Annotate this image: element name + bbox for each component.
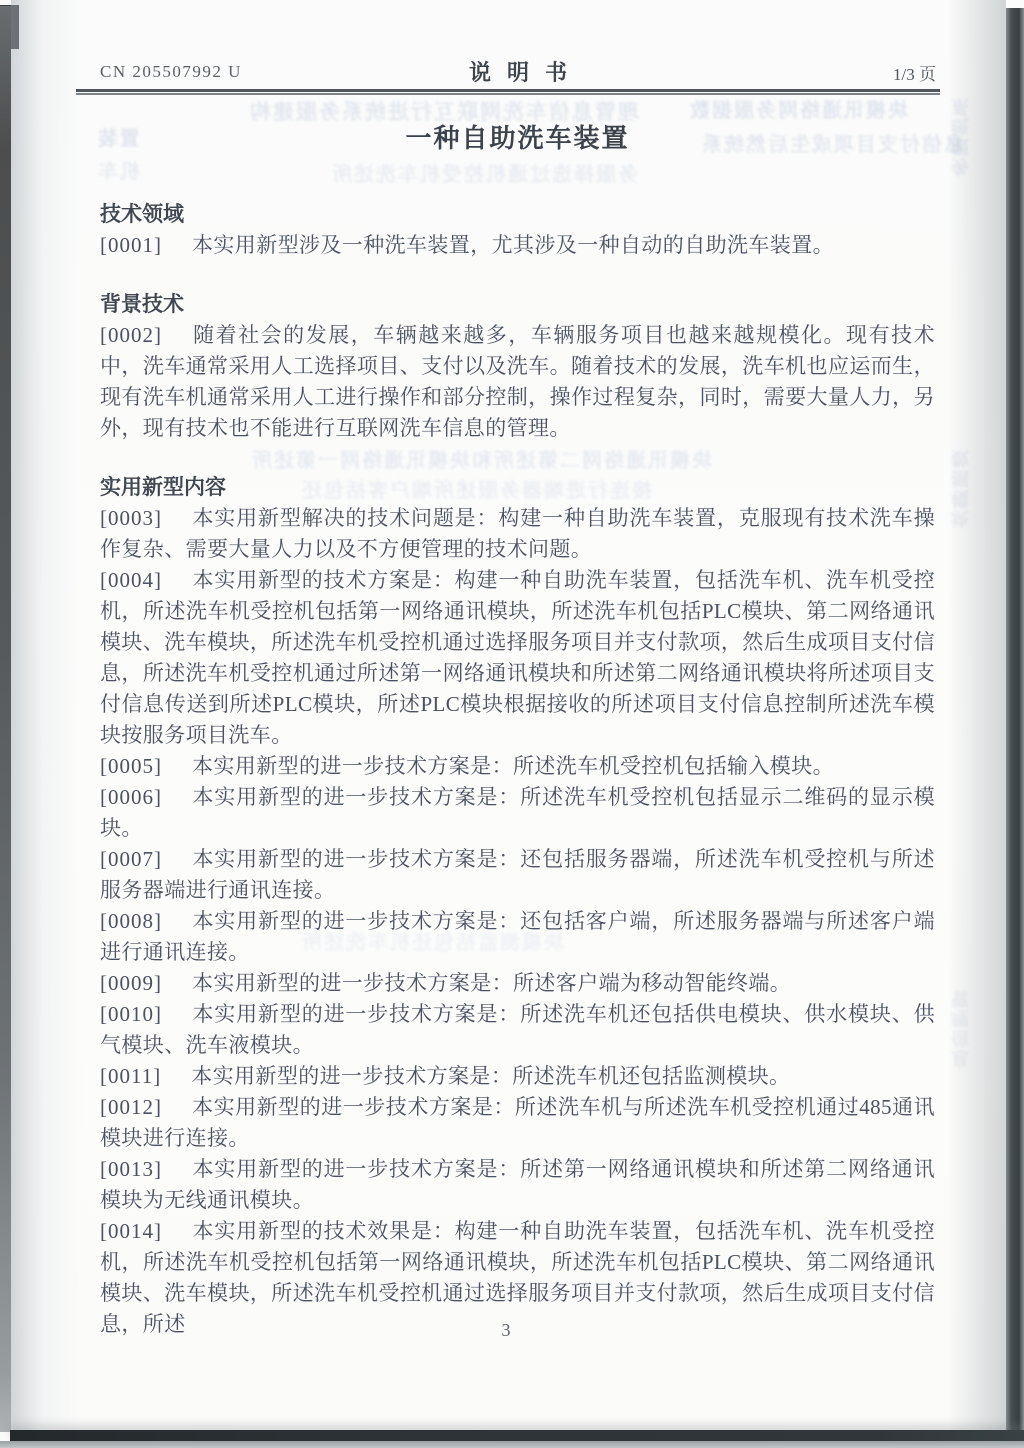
paragraph: [0012]本实用新型的进一步技术方案是：所述洗车机与所述洗车机受控机通过485… (100, 1092, 935, 1154)
paragraph-text: 本实用新型的进一步技术方案是：还包括服务器端，所述洗车机受控机与所述服务器端进行… (100, 847, 935, 902)
paragraph-text: 本实用新型的进一步技术方案是：所述洗车机与所述洗车机受控机通过485通讯模块进行… (100, 1095, 935, 1150)
paragraph-number: [0007] (100, 847, 162, 871)
section-heading: 技术领域 (100, 199, 935, 230)
paragraph-text: 本实用新型的进一步技术方案是：还包括客户端，所述服务器端与所述客户端进行通讯连接… (100, 909, 935, 964)
invention-title: 一种自助洗车装置 (100, 118, 935, 155)
page-header: CN 205507992 U 说明书 1/3 页 (100, 56, 936, 86)
paragraph: [0001]本实用新型涉及一种洗车装置，尤其涉及一种自动的自助洗车装置。 (100, 230, 935, 261)
scan-edge-bottom-under (0, 1441, 1024, 1448)
paragraph: [0013]本实用新型的进一步技术方案是：所述第一网络通讯模块和所述第二网络通讯… (100, 1154, 935, 1216)
paragraph-text: 本实用新型的技术方案是：构建一种自助洗车装置，包括洗车机、洗车机受控机，所述洗车… (100, 568, 935, 747)
page-indicator: 1/3 页 (893, 60, 936, 85)
paragraph-number: [0004] (100, 568, 162, 592)
paragraph-text: 本实用新型的进一步技术方案是：所述洗车机还包括监测模块。 (191, 1064, 790, 1088)
scan-edge-bottom (10, 1430, 1024, 1441)
paragraph: [0003]本实用新型解决的技术问题是：构建一种自助洗车装置，克服现有技术洗车操… (100, 503, 935, 565)
paragraph-number: [0009] (100, 971, 162, 995)
paragraph-text: 本实用新型涉及一种洗车装置，尤其涉及一种自动的自助洗车装置。 (192, 233, 834, 257)
paragraph-text: 本实用新型解决的技术问题是：构建一种自助洗车装置，克服现有技术洗车操作复杂、需要… (100, 506, 935, 561)
paragraph: [0005]本实用新型的进一步技术方案是：所述洗车机受控机包括输入模块。 (100, 751, 935, 782)
paragraph-number: [0006] (100, 785, 162, 809)
paragraph-number: [0001] (100, 233, 162, 257)
patent-specification-page: 理管息信车洗网联互行进统系务服建构块模讯通络网务服据数置装息信付支目项成生后然统… (0, 0, 1024, 1448)
header-rule-thick (76, 89, 940, 92)
paragraph-number: [0012] (100, 1095, 162, 1119)
paragraph-number: [0008] (100, 909, 162, 933)
paragraph: [0007]本实用新型的进一步技术方案是：还包括服务器端，所述洗车机受控机与所述… (100, 844, 935, 906)
paragraph-number: [0011] (100, 1064, 161, 1088)
document-type-heading: 说明书 (453, 56, 583, 87)
paragraph: [0004]本实用新型的技术方案是：构建一种自助洗车装置，包括洗车机、洗车机受控… (100, 565, 935, 751)
section-heading: 实用新型内容 (100, 472, 935, 503)
paragraph: [0002]随着社会的发展，车辆越来越多，车辆服务项目也越来越规模化。现有技术中… (100, 320, 935, 444)
paragraph-number: [0013] (100, 1157, 162, 1181)
paragraph-text: 本实用新型的技术效果是：构建一种自助洗车装置，包括洗车机、洗车机受控机，所述洗车… (100, 1219, 935, 1336)
paragraph-number: [0002] (100, 323, 162, 347)
document-number: CN 205507992 U (100, 62, 242, 82)
document-body: 技术领域[0001]本实用新型涉及一种洗车装置，尤其涉及一种自动的自助洗车装置。… (100, 199, 935, 1340)
paragraph: [0009]本实用新型的进一步技术方案是：所述客户端为移动智能终端。 (100, 968, 935, 999)
header-rule (76, 89, 940, 95)
paragraph-number: [0010] (100, 1002, 162, 1026)
scan-shadow-left (11, 0, 81, 1434)
paragraph: [0008]本实用新型的进一步技术方案是：还包括客户端，所述服务器端与所述客户端… (100, 906, 935, 968)
header-rule-thin (76, 93, 940, 95)
paragraph-number: [0003] (100, 506, 162, 530)
paragraph-text: 本实用新型的进一步技术方案是：所述客户端为移动智能终端。 (192, 971, 791, 995)
section-heading: 背景技术 (100, 289, 935, 320)
paragraph-text: 本实用新型的进一步技术方案是：所述洗车机受控机包括输入模块。 (192, 754, 834, 778)
paragraph-text: 本实用新型的进一步技术方案是：所述洗车机受控机包括显示二维码的显示模块。 (100, 785, 935, 840)
footer-page-number: 3 (0, 1320, 1012, 1341)
scan-edge-left (0, 6, 11, 1432)
paragraph-number: [0005] (100, 754, 162, 778)
paragraph: [0006]本实用新型的进一步技术方案是：所述洗车机受控机包括显示二维码的显示模… (100, 782, 935, 844)
document-body-column: 一种自助洗车装置 技术领域[0001]本实用新型涉及一种洗车装置，尤其涉及一种自… (100, 118, 935, 1340)
paragraph-number: [0014] (100, 1219, 162, 1243)
paragraph-text: 本实用新型的进一步技术方案是：所述洗车机还包括供电模块、供水模块、供气模块、洗车… (100, 1002, 935, 1057)
paragraph-text: 随着社会的发展，车辆越来越多，车辆服务项目也越来越规模化。现有技术中，洗车通常采… (100, 323, 935, 440)
scan-shadow-right (948, 0, 1006, 1434)
paragraph: [0011]本实用新型的进一步技术方案是：所述洗车机还包括监测模块。 (100, 1061, 935, 1092)
scan-edge-right (1006, 8, 1024, 1434)
paragraph: [0010]本实用新型的进一步技术方案是：所述洗车机还包括供电模块、供水模块、供… (100, 999, 935, 1061)
paragraph-text: 本实用新型的进一步技术方案是：所述第一网络通讯模块和所述第二网络通讯模块为无线通… (100, 1157, 935, 1212)
